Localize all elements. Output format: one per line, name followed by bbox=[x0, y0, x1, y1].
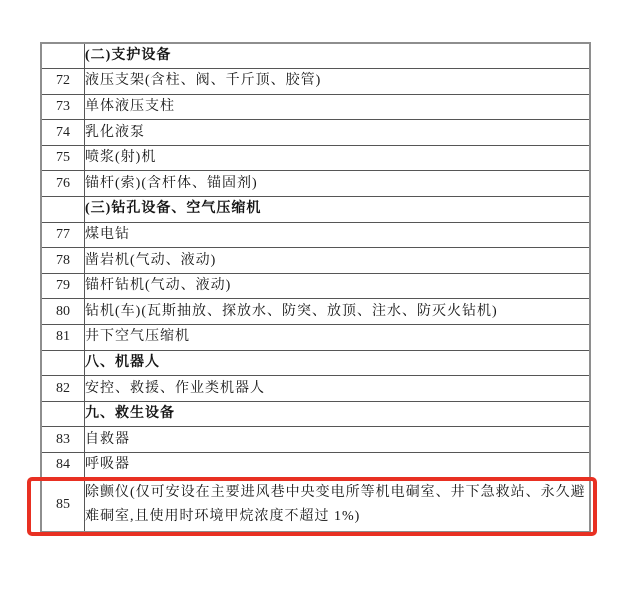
table-row: (二)支护设备 bbox=[41, 43, 590, 69]
table-row: 77 煤电钻 bbox=[41, 222, 590, 248]
table-row: 72 液压支架(含柱、阀、千斤顶、胶管) bbox=[41, 69, 590, 95]
table-row: 84 呼吸器 bbox=[41, 453, 590, 479]
table-row: 81 井下空气压缩机 bbox=[41, 325, 590, 351]
table-row: 80 钻机(车)(瓦斯抽放、探放水、防突、放顶、注水、防灭火钻机) bbox=[41, 299, 590, 325]
row-number: 82 bbox=[41, 376, 85, 402]
row-number: 80 bbox=[41, 299, 85, 325]
row-number: 75 bbox=[41, 145, 85, 171]
row-number: 79 bbox=[41, 273, 85, 299]
row-description: 安控、救援、作业类机器人 bbox=[85, 376, 591, 402]
row-description: 八、机器人 bbox=[85, 350, 591, 376]
table-row: 83 自救器 bbox=[41, 427, 590, 453]
row-number bbox=[41, 401, 85, 427]
row-number: 76 bbox=[41, 171, 85, 197]
table-row: 85 除颤仪(仅可安设在主要进风巷中央变电所等机电硐室、井下急救站、永久避难硐室… bbox=[41, 478, 590, 532]
row-number bbox=[41, 43, 85, 69]
row-number: 77 bbox=[41, 222, 85, 248]
row-description: 锚杆钻机(气动、液动) bbox=[85, 273, 591, 299]
row-number: 85 bbox=[41, 478, 85, 532]
row-description: 乳化液泵 bbox=[85, 120, 591, 146]
row-number: 81 bbox=[41, 325, 85, 351]
table-row: 73 单体液压支柱 bbox=[41, 94, 590, 120]
row-description: 喷浆(射)机 bbox=[85, 145, 591, 171]
row-number: 74 bbox=[41, 120, 85, 146]
table-row: 79 锚杆钻机(气动、液动) bbox=[41, 273, 590, 299]
row-number: 73 bbox=[41, 94, 85, 120]
table-row: 九、救生设备 bbox=[41, 401, 590, 427]
table-row: 74 乳化液泵 bbox=[41, 120, 590, 146]
table-row: 82 安控、救援、作业类机器人 bbox=[41, 376, 590, 402]
row-description: 除颤仪(仅可安设在主要进风巷中央变电所等机电硐室、井下急救站、永久避难硐室,且使… bbox=[85, 478, 591, 532]
row-description: (二)支护设备 bbox=[85, 43, 591, 69]
row-number bbox=[41, 350, 85, 376]
row-description: 钻机(车)(瓦斯抽放、探放水、防突、放顶、注水、防灭火钻机) bbox=[85, 299, 591, 325]
row-description: 锚杆(索)(含杆体、锚固剂) bbox=[85, 171, 591, 197]
row-description: 自救器 bbox=[85, 427, 591, 453]
row-number: 83 bbox=[41, 427, 85, 453]
row-number: 78 bbox=[41, 248, 85, 274]
table-row: 78 凿岩机(气动、液动) bbox=[41, 248, 590, 274]
row-description: 单体液压支柱 bbox=[85, 94, 591, 120]
document-page: (二)支护设备 72 液压支架(含柱、阀、千斤顶、胶管) 73 单体液压支柱 7… bbox=[0, 0, 633, 616]
equipment-table: (二)支护设备 72 液压支架(含柱、阀、千斤顶、胶管) 73 单体液压支柱 7… bbox=[40, 42, 591, 533]
row-description: 凿岩机(气动、液动) bbox=[85, 248, 591, 274]
table-row: 75 喷浆(射)机 bbox=[41, 145, 590, 171]
row-number: 72 bbox=[41, 69, 85, 95]
table-row: 八、机器人 bbox=[41, 350, 590, 376]
row-description: 液压支架(含柱、阀、千斤顶、胶管) bbox=[85, 69, 591, 95]
equipment-table-body: (二)支护设备 72 液压支架(含柱、阀、千斤顶、胶管) 73 单体液压支柱 7… bbox=[41, 43, 590, 532]
row-description: 煤电钻 bbox=[85, 222, 591, 248]
table-row: 76 锚杆(索)(含杆体、锚固剂) bbox=[41, 171, 590, 197]
row-description: 九、救生设备 bbox=[85, 401, 591, 427]
row-description: (三)钻孔设备、空气压缩机 bbox=[85, 197, 591, 223]
row-number: 84 bbox=[41, 453, 85, 479]
table-row: (三)钻孔设备、空气压缩机 bbox=[41, 197, 590, 223]
row-description: 呼吸器 bbox=[85, 453, 591, 479]
row-number bbox=[41, 197, 85, 223]
row-description: 井下空气压缩机 bbox=[85, 325, 591, 351]
